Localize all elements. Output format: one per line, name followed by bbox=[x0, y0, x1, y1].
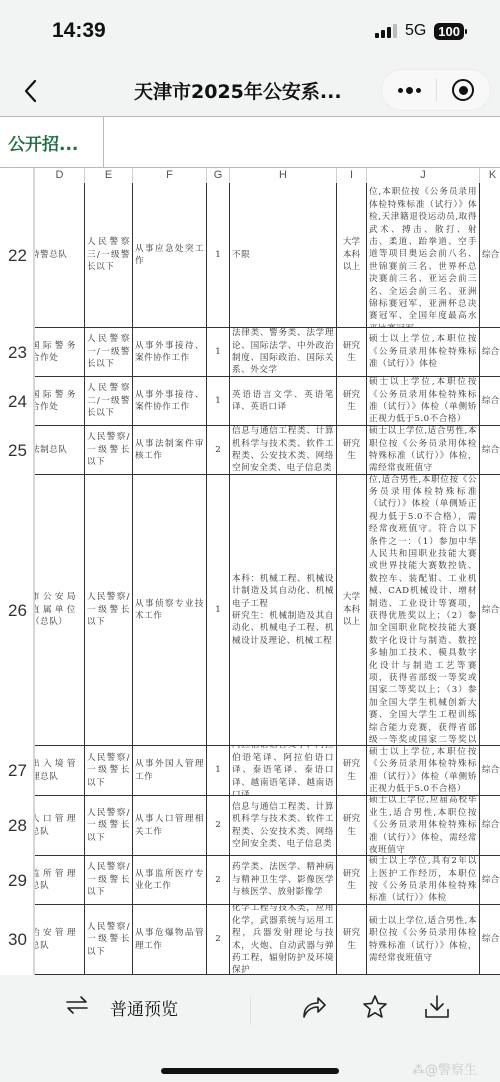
cell-text: 从事外事接待、案件协作工作 bbox=[135, 340, 204, 365]
status-time: 14:39 bbox=[52, 19, 106, 43]
table-cell-g[interactable]: 1 bbox=[207, 377, 230, 426]
table-cell-g[interactable]: 2 bbox=[207, 856, 230, 905]
table-cell-j[interactable]: 30周岁以下,学士以上学位,适合男性,本职位按《公务员录用体检特殊标准（试行）》… bbox=[367, 475, 480, 746]
cell-text: 1 bbox=[209, 346, 227, 358]
cell-text: 本科：机械工程、机械设计制造及其自动化、机械电子工程 研究生：机械制造及其自动化… bbox=[232, 573, 334, 647]
table-cell-g[interactable]: 1 bbox=[207, 475, 230, 746]
cell-text: 不限 bbox=[232, 249, 334, 261]
row-number[interactable]: 29 bbox=[0, 856, 35, 905]
cell-text: 30周岁以下,学士以上学位,本职位按《公务员录用体检特殊标准（试行）》体检,天津… bbox=[369, 183, 477, 328]
table-cell-f[interactable]: 从事危爆物品管理工作 bbox=[133, 905, 207, 975]
cell-text: 综合管理类（公安） bbox=[482, 346, 500, 358]
table-cell-g[interactable]: 1 bbox=[207, 183, 230, 328]
table-cell-i[interactable]: 研究生 bbox=[337, 426, 367, 475]
network-type: 5G bbox=[405, 22, 426, 40]
status-indicators: 5G 100 bbox=[375, 22, 464, 40]
share-icon[interactable] bbox=[300, 993, 328, 1021]
cell-text: 人民警察一/一级警长以下 bbox=[87, 333, 130, 370]
cell-text: 1 bbox=[209, 764, 227, 776]
table-cell-h[interactable]: 阿拉伯语语言文学、阿拉伯语笔译、阿拉伯语口译、泰语笔译、泰语口译、越南语笔译、越… bbox=[230, 746, 337, 796]
table-cell-j[interactable]: 30周岁以下,学士以上学位,本职位按《公务员录用体检特殊标准（试行）》体检,天津… bbox=[367, 183, 480, 328]
cell-text: 综合管理类（公安） bbox=[482, 819, 500, 831]
spreadsheet-grid[interactable]: D E F G H I J K 22特警总队人民警察三/一级警长以下从事应急处突… bbox=[0, 168, 500, 975]
cell-text: 从事外国人管理工作 bbox=[135, 758, 204, 783]
cell-text: 硕士以上学位,本职位按《公务员录用体检特殊标准（试行）》体检（单侧矫正视力低于5… bbox=[369, 746, 477, 795]
column-header-k[interactable]: K bbox=[480, 168, 500, 183]
cell-text: 人民警察/一级警长以下 bbox=[87, 861, 130, 898]
cell-text: 阿拉伯语语言文学、阿拉伯语笔译、阿拉伯语口译、泰语笔译、泰语口译、越南语笔译、越… bbox=[232, 746, 334, 796]
sheet-tab-bar: 公开招... bbox=[0, 116, 500, 168]
cell-text: 2 bbox=[209, 444, 227, 456]
table-cell-h[interactable]: 法律类、警务类、法学理论、国际法学、中外政治制度、国际政治、国际关系、外交学 bbox=[230, 328, 337, 377]
table-cell-k[interactable]: 综合管理类（公安） bbox=[480, 796, 500, 856]
cell-text: 从事监所医疗专业化工作 bbox=[135, 868, 204, 893]
row-number[interactable]: 27 bbox=[0, 746, 35, 796]
signal-icon bbox=[375, 24, 397, 38]
download-icon[interactable] bbox=[423, 993, 451, 1021]
table-cell-g[interactable]: 1 bbox=[207, 328, 230, 377]
cell-text: 信息与通信工程类、计算机科学与技术类、软件工程类、公安技术类、网络空间安全类、电… bbox=[232, 426, 334, 475]
cell-text: 硕士以上学位,具有2年以上医护工作经历，本职位按《公务员录用体检特殊标准（试行）… bbox=[369, 856, 477, 905]
table-cell-e[interactable]: 人民警察/一级警长以下 bbox=[85, 796, 133, 856]
column-header-j[interactable]: J bbox=[367, 168, 480, 183]
table-cell-h[interactable]: 信息与通信工程类、计算机科学与技术类、软件工程类、公安技术类、网络空间安全类、电… bbox=[230, 426, 337, 475]
table-cell-d[interactable]: 法制总队 bbox=[35, 426, 85, 475]
cell-text: 硕士以上学位,适合男性,本职位按《公务员录用体检特殊标准（试行）》体检，需经常夜… bbox=[369, 915, 477, 965]
cell-text: 化学工程与技术类，应用化学，武器系统与运用工程，兵器发射理论与技术，火炮、自动武… bbox=[232, 905, 334, 975]
table-cell-j[interactable]: 硕士以上学位,应届高校毕业生,适合男性,本职位按《公务员录用体检特殊标准（试行）… bbox=[367, 796, 480, 856]
cell-text: 30周岁以下,学士以上学位,适合男性,本职位按《公务员录用体检特殊标准（试行）》… bbox=[369, 475, 477, 746]
cell-text: 人民警察/一级警长以下 bbox=[87, 921, 130, 958]
table-cell-d[interactable]: 出入境管理总队 bbox=[35, 746, 85, 796]
table-cell-i[interactable]: 研究生 bbox=[337, 905, 367, 975]
cell-text: 从事人口管理相关工作 bbox=[135, 813, 204, 838]
table-cell-g[interactable]: 1 bbox=[207, 746, 230, 796]
cell-text: 研究生 bbox=[339, 927, 364, 952]
table-cell-i[interactable]: 研究生 bbox=[337, 328, 367, 377]
table-cell-k[interactable]: 综合管理类（公安） bbox=[480, 856, 500, 905]
table-cell-e[interactable]: 人民警察/一级警长以下 bbox=[85, 426, 133, 475]
cell-text: 人民警察三/一级警长以下 bbox=[87, 236, 130, 273]
table-cell-j[interactable]: 硕士以上学位,适合男性,本职位按《公务员录用体检特殊标准（试行）》体检，需经常夜… bbox=[367, 426, 480, 475]
cell-text: 国际警务合作处 bbox=[35, 340, 76, 365]
table-cell-d[interactable]: 人口管理总队 bbox=[35, 796, 85, 856]
cell-text: 药学类、法医学、精神病与精神卫生学、影像医学与核医学、放射影像学 bbox=[232, 861, 334, 898]
table-cell-j[interactable]: 硕士以上学位,本职位按《公务员录用体检特殊标准（试行）》体检（单侧矫正视力低于5… bbox=[367, 377, 480, 426]
table-cell-e[interactable]: 人民警察二/一级警长以下 bbox=[85, 377, 133, 426]
table-cell-e[interactable]: 人民警察一/一级警长以下 bbox=[85, 328, 133, 377]
table-cell-k[interactable]: 综合管理类（公安） bbox=[480, 475, 500, 746]
table-cell-i[interactable]: 研究生 bbox=[337, 377, 367, 426]
row-number[interactable]: 28 bbox=[0, 796, 35, 856]
cell-text: 1 bbox=[209, 249, 227, 261]
cell-text: 综合管理类（公安） bbox=[482, 395, 500, 407]
cell-text: 研究生 bbox=[339, 758, 364, 783]
table-cell-f[interactable]: 从事法制案件审核工作 bbox=[133, 426, 207, 475]
table-cell-d[interactable]: 特警总队 bbox=[35, 183, 85, 328]
sheet-tab-active[interactable]: 公开招... bbox=[0, 117, 104, 167]
table-cell-e[interactable]: 人民警察/一级警长以下 bbox=[85, 746, 133, 796]
cell-text: 特警总队 bbox=[35, 249, 76, 261]
cell-text: 法制总队 bbox=[35, 444, 76, 456]
table-cell-j[interactable]: 硕士以上学位,适合男性,本职位按《公务员录用体检特殊标准（试行）》体检，需经常夜… bbox=[367, 905, 480, 975]
column-header-i[interactable]: I bbox=[337, 168, 367, 183]
cell-text: 人民警察二/一级警长以下 bbox=[87, 382, 130, 419]
table-cell-k[interactable]: 综合管理类（公安） bbox=[480, 328, 500, 377]
table-cell-h[interactable]: 信息与通信工程类、计算机科学与技术类、软件工程类、公安技术类、网络空间安全类、电… bbox=[230, 796, 337, 856]
table-cell-j[interactable]: 硕士以上学位,本职位按《公务员录用体检特殊标准（试行）》体检 bbox=[367, 328, 480, 377]
table-cell-k[interactable]: 综合管理类（公安） bbox=[480, 377, 500, 426]
row-number[interactable]: 26 bbox=[0, 475, 35, 746]
chevron-left-icon bbox=[23, 79, 37, 103]
cell-text: 研究生 bbox=[339, 868, 364, 893]
table-cell-e[interactable]: 人民警察三/一级警长以下 bbox=[85, 183, 133, 328]
switch-arrows-icon[interactable] bbox=[64, 993, 90, 1017]
table-cell-k[interactable]: 综合管理类（公安） bbox=[480, 746, 500, 796]
cell-text: 信息与通信工程类、计算机科学与技术类、软件工程类、公安技术类、网络空间安全类、电… bbox=[232, 801, 334, 851]
cell-text: 硕士以上学位,本职位按《公务员录用体检特殊标准（试行）》体检 bbox=[369, 333, 477, 370]
table-cell-k[interactable]: 综合管理类（公安） bbox=[480, 183, 500, 328]
status-bar: 14:39 5G 100 bbox=[0, 0, 500, 66]
page-title: 天津市2025年公安系... bbox=[134, 77, 342, 104]
cell-text: 研究生 bbox=[339, 438, 364, 463]
battery-icon: 100 bbox=[434, 23, 464, 40]
cell-text: 硕士以上学位,本职位按《公务员录用体检特殊标准（试行）》体检（单侧矫正视力低于5… bbox=[369, 377, 477, 426]
bottom-toolbar: 普通预览 ⁂@警察生 bbox=[0, 975, 500, 1082]
cell-text: 人民警察/一级警长以下 bbox=[87, 807, 130, 844]
cell-text: 法律类、警务类、法学理论、国际法学、中外政治制度、国际政治、国际关系、外交学 bbox=[232, 328, 334, 377]
cell-text: 综合管理类（公安） bbox=[482, 604, 500, 616]
cell-text: 大学本科以上 bbox=[339, 591, 364, 628]
table-cell-d[interactable]: 国际警务合作处 bbox=[35, 328, 85, 377]
table-cell-f[interactable]: 从事外国人管理工作 bbox=[133, 746, 207, 796]
table-cell-i[interactable]: 大学本科以上 bbox=[337, 475, 367, 746]
cell-text: 从事外事接待、案件协作工作 bbox=[135, 389, 204, 414]
watermark: ⁂@警察生 bbox=[412, 1059, 477, 1078]
star-icon[interactable] bbox=[361, 993, 389, 1021]
more-button[interactable] bbox=[382, 70, 436, 110]
column-header-g[interactable]: G bbox=[207, 168, 230, 183]
cell-text: 大学本科以上 bbox=[339, 236, 364, 273]
table-cell-i[interactable]: 研究生 bbox=[337, 746, 367, 796]
cell-text: 2 bbox=[209, 874, 227, 886]
cell-text: 综合管理类（公安） bbox=[482, 764, 500, 776]
table-cell-d[interactable]: 治安管理总队 bbox=[35, 905, 85, 975]
cell-text: 硕士以上学位,适合男性,本职位按《公务员录用体检特殊标准（试行）》体检，需经常夜… bbox=[369, 426, 477, 475]
column-header-h[interactable]: H bbox=[230, 168, 337, 183]
target-circle-icon bbox=[452, 79, 474, 101]
cell-text: 从事应急处突工作 bbox=[135, 243, 204, 268]
cell-text: 出入境管理总队 bbox=[35, 758, 76, 783]
cell-text: 硕士以上学位,应届高校毕业生,适合男性,本职位按《公务员录用体检特殊标准（试行）… bbox=[369, 796, 477, 856]
table-cell-k[interactable]: 综合管理类（公安） bbox=[480, 905, 500, 975]
table-cell-e[interactable]: 人民警察/一级警长以下 bbox=[85, 475, 133, 746]
row-number[interactable]: 23 bbox=[0, 328, 35, 377]
back-button[interactable] bbox=[18, 76, 42, 106]
table-cell-f[interactable]: 从事监所医疗专业化工作 bbox=[133, 856, 207, 905]
cell-text: 英语语言文学、英语笔译、英语口译 bbox=[232, 389, 334, 414]
table-cell-i[interactable]: 研究生 bbox=[337, 796, 367, 856]
cell-text: 人民警察/一级警长以下 bbox=[87, 752, 130, 789]
cell-text: 1 bbox=[209, 395, 227, 407]
cell-text: 国际警务合作处 bbox=[35, 389, 76, 414]
row-number[interactable]: 30 bbox=[0, 905, 35, 975]
column-header-f[interactable]: F bbox=[133, 168, 207, 183]
cell-text: 研究生 bbox=[339, 813, 364, 838]
cell-text: 综合管理类（公安） bbox=[482, 874, 500, 886]
cell-text: 从事危爆物品管理工作 bbox=[135, 927, 204, 952]
table-cell-f[interactable]: 从事人口管理相关工作 bbox=[133, 796, 207, 856]
cell-text: 从事法制案件审核工作 bbox=[135, 438, 204, 463]
cell-text: 研究生 bbox=[339, 340, 364, 365]
more-dots-icon bbox=[398, 88, 403, 93]
column-header-e[interactable]: E bbox=[85, 168, 133, 183]
cell-text: 人民警察/一级警长以下 bbox=[87, 431, 130, 468]
table-cell-d[interactable]: 监所管理总队 bbox=[35, 856, 85, 905]
table-cell-i[interactable]: 研究生 bbox=[337, 856, 367, 905]
cell-text: 2 bbox=[209, 819, 227, 831]
table-cell-h[interactable]: 不限 bbox=[230, 183, 337, 328]
table-cell-d[interactable]: 市公安局直属单位（总队） bbox=[35, 475, 85, 746]
cell-text: 治安管理总队 bbox=[35, 927, 76, 952]
column-header-d[interactable]: D bbox=[35, 168, 85, 183]
cell-text: 综合管理类（公安） bbox=[482, 444, 500, 456]
row-number[interactable]: 22 bbox=[0, 183, 35, 328]
table-cell-k[interactable]: 综合管理类（公安） bbox=[480, 426, 500, 475]
table-cell-e[interactable]: 人民警察/一级警长以下 bbox=[85, 905, 133, 975]
mini-program-capsule bbox=[381, 69, 491, 111]
cell-text: 2 bbox=[209, 933, 227, 945]
cell-text: 市公安局直属单位（总队） bbox=[35, 591, 76, 628]
table-cell-j[interactable]: 硕士以上学位,本职位按《公务员录用体检特殊标准（试行）》体检（单侧矫正视力低于5… bbox=[367, 746, 480, 796]
sheet-tab-empty bbox=[104, 117, 500, 167]
table-cell-f[interactable]: 从事外事接待、案件协作工作 bbox=[133, 328, 207, 377]
table-cell-g[interactable]: 2 bbox=[207, 796, 230, 856]
table-cell-h[interactable]: 化学工程与技术类，应用化学，武器系统与运用工程，兵器发射理论与技术，火炮、自动武… bbox=[230, 905, 337, 975]
table-cell-d[interactable]: 国际警务合作处 bbox=[35, 377, 85, 426]
table-cell-i[interactable]: 大学本科以上 bbox=[337, 183, 367, 328]
cell-text: 综合管理类（公安） bbox=[482, 933, 500, 945]
cell-text: 综合管理类（公安） bbox=[482, 249, 500, 261]
close-button[interactable] bbox=[437, 70, 490, 110]
table-cell-h[interactable]: 本科：机械工程、机械设计制造及其自动化、机械电子工程 研究生：机械制造及其自动化… bbox=[230, 475, 337, 746]
home-indicator[interactable] bbox=[161, 1068, 339, 1074]
cell-text: 1 bbox=[209, 604, 227, 616]
table-cell-f[interactable]: 从事侦察专业技术工作 bbox=[133, 475, 207, 746]
normal-preview-button[interactable]: 普通预览 bbox=[110, 995, 178, 1020]
cell-text: 从事侦察专业技术工作 bbox=[135, 598, 204, 623]
cell-text: 人口管理总队 bbox=[35, 813, 76, 838]
table-cell-f[interactable]: 从事外事接待、案件协作工作 bbox=[133, 377, 207, 426]
table-cell-h[interactable]: 药学类、法医学、精神病与精神卫生学、影像医学与核医学、放射影像学 bbox=[230, 856, 337, 905]
table-cell-g[interactable]: 2 bbox=[207, 426, 230, 475]
table-cell-e[interactable]: 人民警察/一级警长以下 bbox=[85, 856, 133, 905]
nav-bar: 天津市2025年公安系... bbox=[0, 66, 500, 116]
cell-text: 监所管理总队 bbox=[35, 868, 76, 893]
cell-text: 研究生 bbox=[339, 389, 364, 414]
table-cell-f[interactable]: 从事应急处突工作 bbox=[133, 183, 207, 328]
table-cell-g[interactable]: 2 bbox=[207, 905, 230, 975]
row-number[interactable]: 24 bbox=[0, 377, 35, 426]
table-cell-j[interactable]: 硕士以上学位,具有2年以上医护工作经历，本职位按《公务员录用体检特殊标准（试行）… bbox=[367, 856, 480, 905]
table-cell-h[interactable]: 英语语言文学、英语笔译、英语口译 bbox=[230, 377, 337, 426]
row-number[interactable]: 25 bbox=[0, 426, 35, 475]
cell-text: 人民警察/一级警长以下 bbox=[87, 591, 130, 628]
toolbar-divider bbox=[250, 997, 251, 1025]
